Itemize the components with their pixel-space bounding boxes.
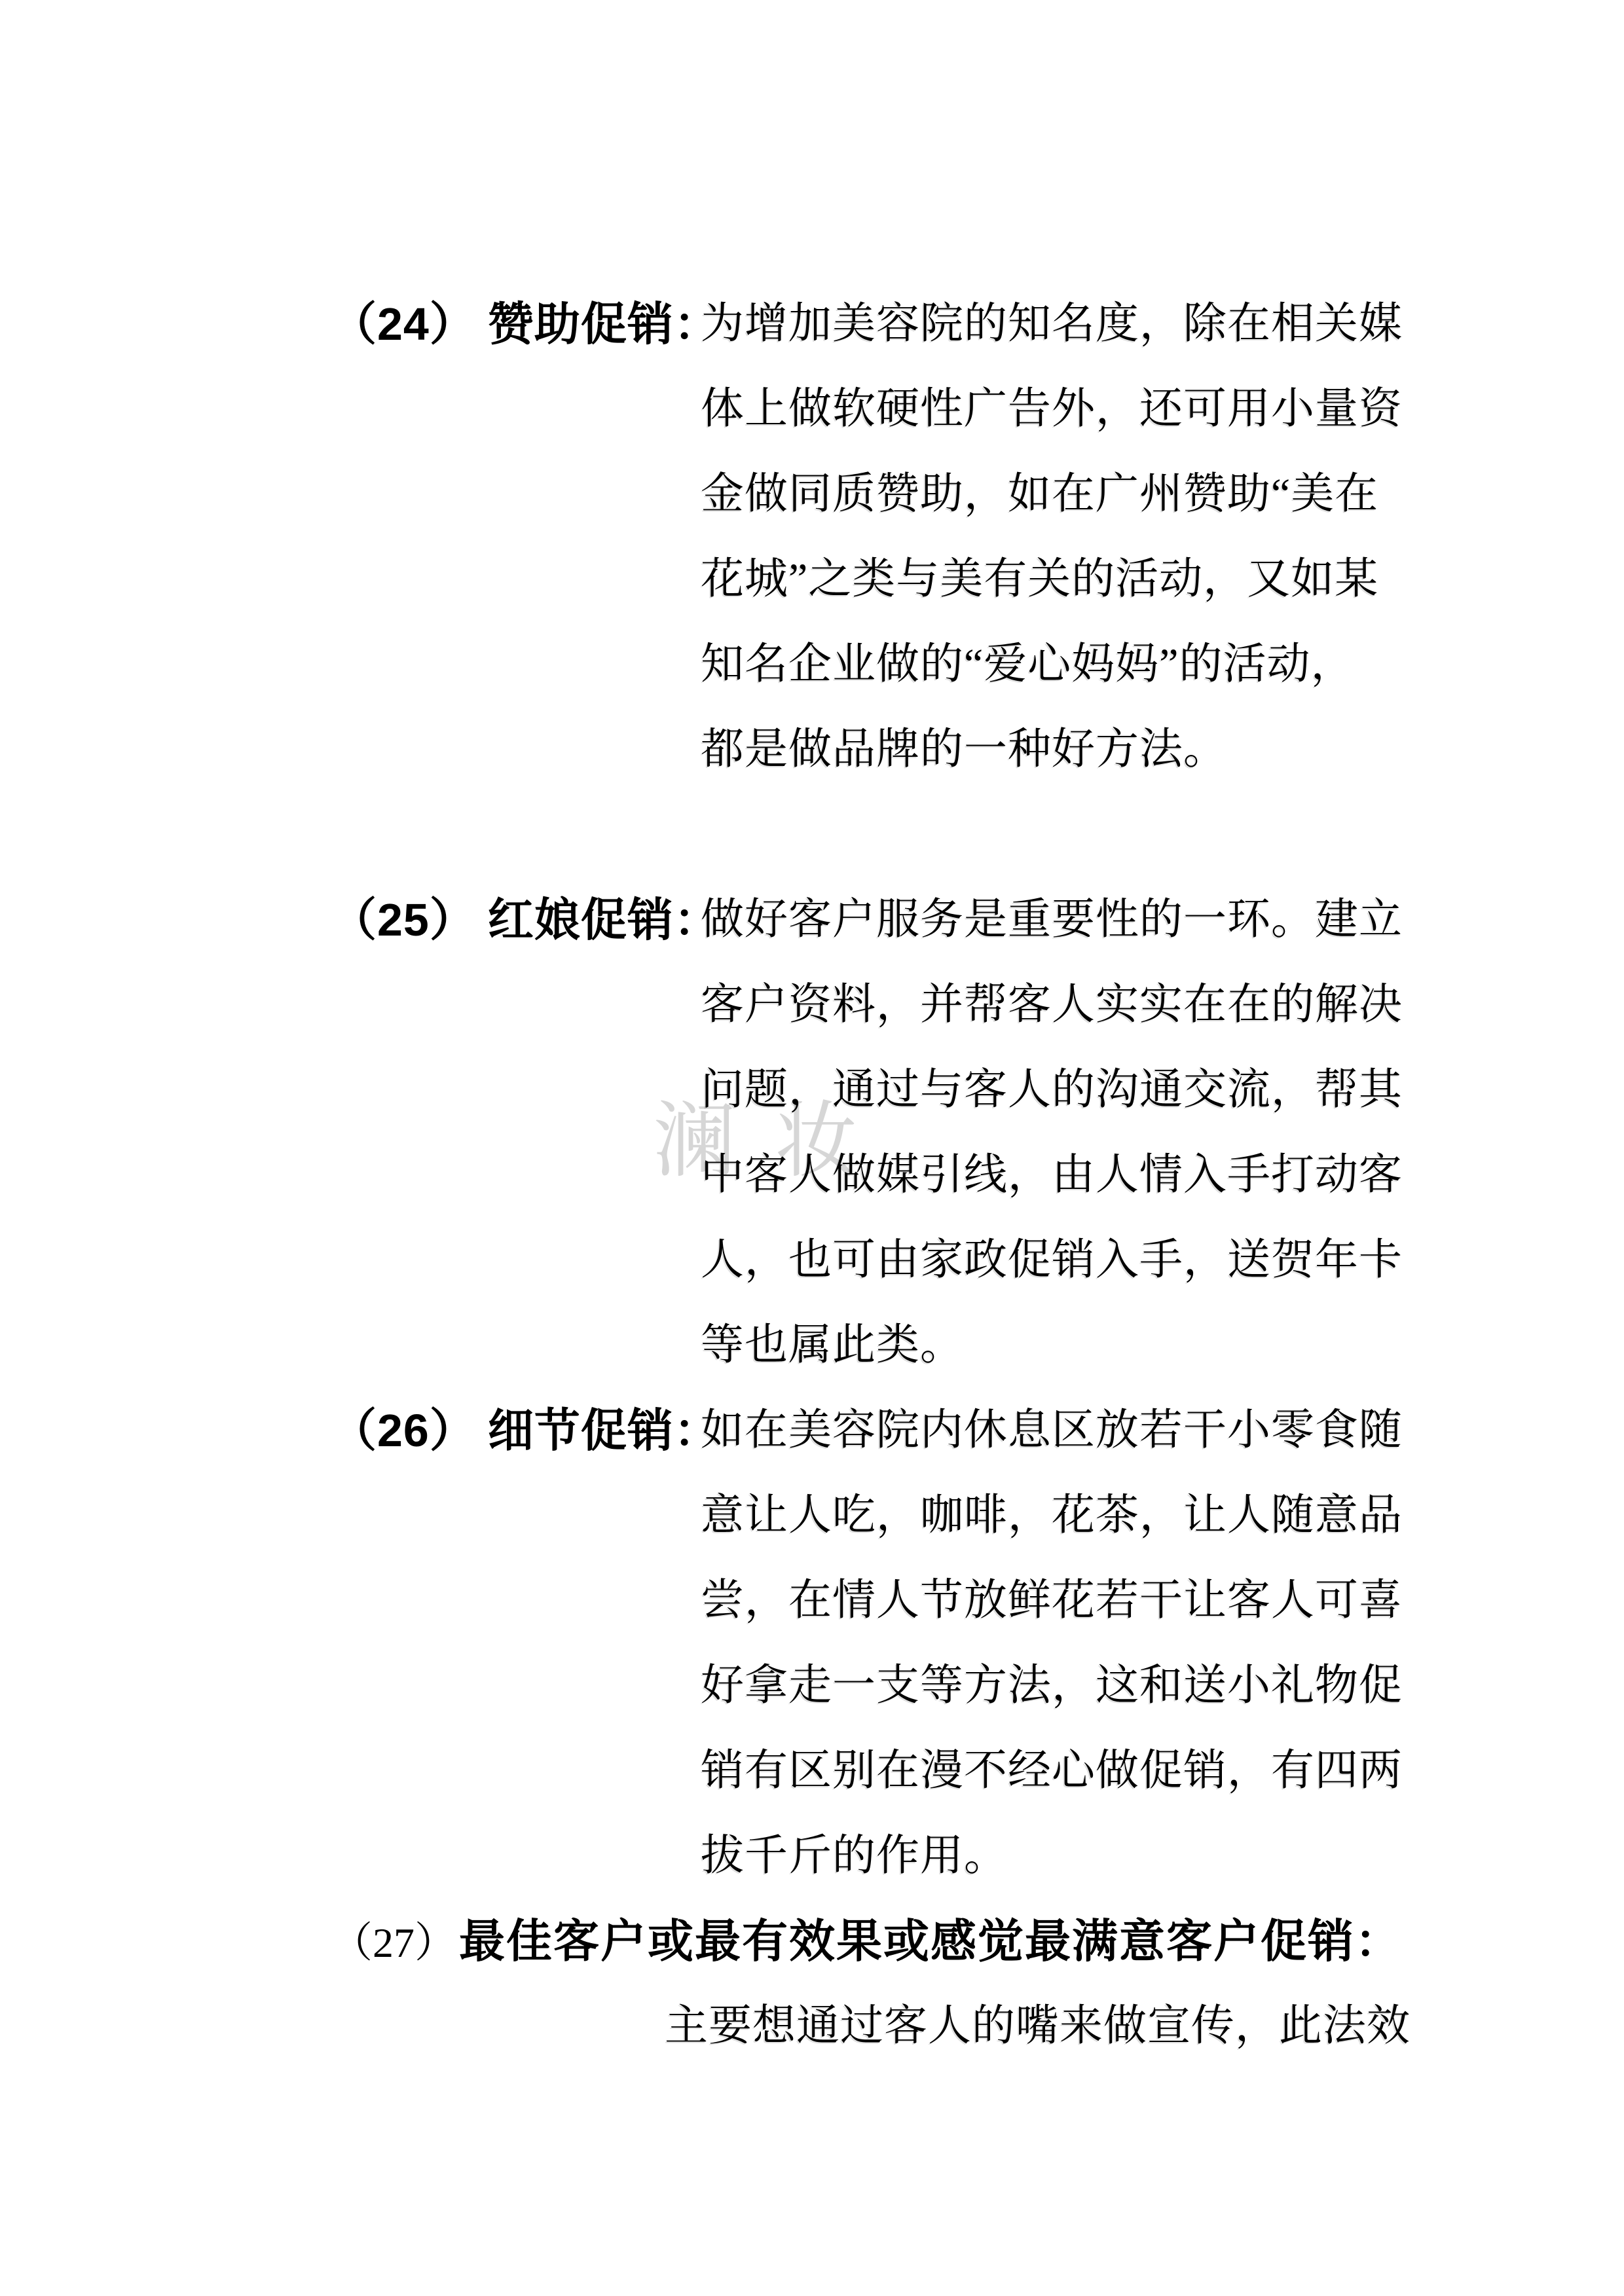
text-line: 主要想通过客人的嘴来做宣传，此法效 bbox=[0, 1984, 1624, 2069]
item-27-title: 最佳客户或最有效果或感觉最满意客户促销： bbox=[459, 1916, 1402, 1967]
item-24-number: （24） bbox=[331, 299, 476, 350]
item-25-number: （25） bbox=[331, 894, 476, 945]
item-25-heading: （25）红娘促销： bbox=[331, 877, 720, 962]
text-line: 做好客户服务是重要性的一环。建立 bbox=[0, 877, 1624, 962]
promo-item-25: （25）红娘促销： 做好客户服务是重要性的一环。建立 客户资料，并帮客人实实在在… bbox=[0, 877, 1624, 1388]
item-27-number: （27） bbox=[331, 1920, 456, 1966]
text-line: 问题，通过与客人的沟通交流，帮其 bbox=[0, 1048, 1624, 1133]
item-25-title: 红娘促销： bbox=[488, 894, 720, 945]
document-page: 澜 妆 （24）赞助促销： 为增加美容院的知名度，除在相关媒 体上做软硬性广告外… bbox=[0, 0, 1624, 2296]
blank-line bbox=[0, 792, 1624, 877]
item-24-title: 赞助促销： bbox=[488, 299, 720, 350]
text-line: 拔千斤的作用。 bbox=[0, 1813, 1624, 1899]
text-line: 花城”之类与美有关的活动，又如某 bbox=[0, 537, 1624, 622]
item-26-title: 细节促销： bbox=[488, 1405, 720, 1456]
text-line: 知名企业做的“爱心妈妈”的活动， bbox=[0, 622, 1624, 707]
text-line: 人，也可由家政促销入手，送贺年卡 bbox=[0, 1218, 1624, 1303]
text-line: 尝，在情人节放鲜花若干让客人可喜 bbox=[0, 1558, 1624, 1643]
text-line: 金做同质赞助，如在广州赞助“美在 bbox=[0, 452, 1624, 537]
promo-item-24: （24）赞助促销： 为增加美容院的知名度，除在相关媒 体上做软硬性广告外，还可用… bbox=[0, 282, 1624, 792]
promo-item-26: （26）细节促销： 如在美容院内休息区放若干小零食随 意让人吃，咖啡，花茶，让人… bbox=[0, 1388, 1624, 1899]
item-24-heading: （24）赞助促销： bbox=[331, 282, 720, 367]
text-line: 中客人做媒引线，由人情入手打动客 bbox=[0, 1133, 1624, 1218]
text-line: 客户资料，并帮客人实实在在的解决 bbox=[0, 962, 1624, 1048]
promo-item-27: （27）最佳客户或最有效果或感觉最满意客户促销： 主要想通过客人的嘴来做宣传，此… bbox=[0, 1899, 1624, 2069]
item-26-number: （26） bbox=[331, 1405, 476, 1456]
text-line: 体上做软硬性广告外，还可用小量资 bbox=[0, 367, 1624, 452]
item-27-heading: （27）最佳客户或最有效果或感觉最满意客户促销： bbox=[0, 1899, 1624, 1984]
text-line: 等也属此类。 bbox=[0, 1303, 1624, 1388]
text-line: 销有区别在漫不经心做促销，有四两 bbox=[0, 1728, 1624, 1813]
text-line: 意让人吃，咖啡，花茶，让人随意品 bbox=[0, 1473, 1624, 1558]
item-26-heading: （26）细节促销： bbox=[331, 1388, 720, 1473]
text-line: 好拿走一支等方法，这和送小礼物促 bbox=[0, 1643, 1624, 1728]
text-line: 为增加美容院的知名度，除在相关媒 bbox=[0, 282, 1624, 367]
text-line: 如在美容院内休息区放若干小零食随 bbox=[0, 1388, 1624, 1473]
text-line: 都是做品牌的一种好方法。 bbox=[0, 707, 1624, 792]
document-content: （24）赞助促销： 为增加美容院的知名度，除在相关媒 体上做软硬性广告外，还可用… bbox=[0, 282, 1624, 2069]
